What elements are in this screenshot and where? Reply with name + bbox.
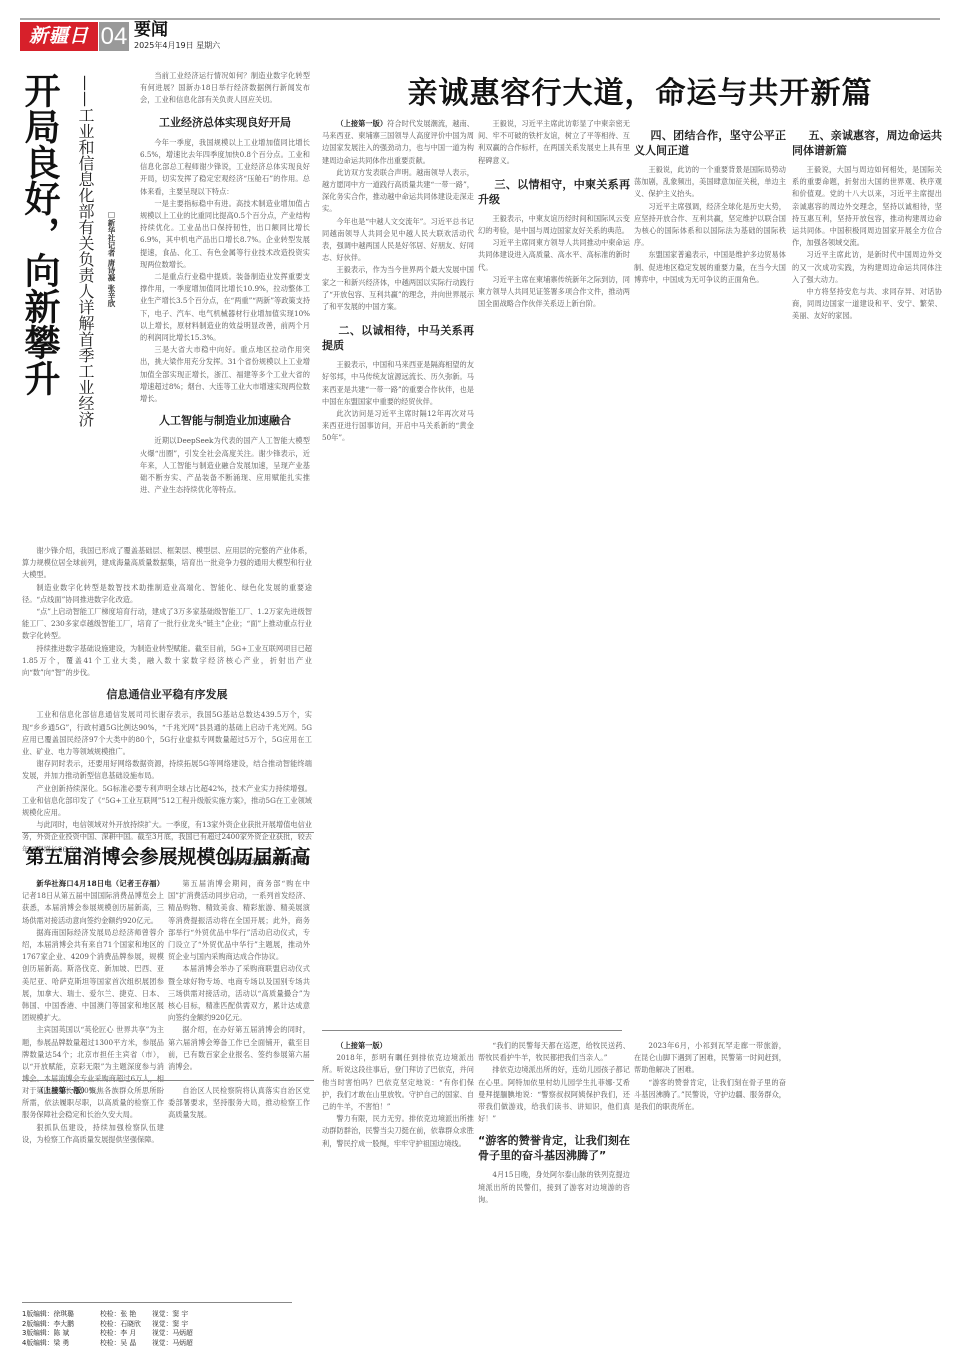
section-title: 要闻	[134, 21, 168, 39]
bottom-left-column-2: 自治区人民检察院将认真落实自治区党委部署要求，坚持服务大局，推动检察工作高质量发…	[168, 1085, 310, 1122]
paragraph: 一是主要指标稳中有进。高技术制造业增加值占规模以上工业的比重同比提高0.5个百分…	[140, 198, 310, 271]
bottom-left-column-1: （上接第一版）聚焦各族群众所思所盼所需，依法履职尽职，以高质量的检察工作服务保障…	[22, 1085, 164, 1146]
paragraph: 此访双方发表联合声明。越南领导人表示，越方愿同中方一道践行高质量共建“一带一路”…	[322, 167, 474, 216]
paragraph: 中方将坚持安危与共、求同存异、对话协商，同周边国家一道建设和平、安宁、繁荣、美丽…	[792, 286, 942, 323]
paragraph: 今年也是“中越人文交流年”。习近平总书记同越南领导人共同会见中越人民大联欢活动代…	[322, 216, 474, 265]
paragraph: 排依克边境派出所的好，连幼儿园孩子都记在心里。阿特加依里村幼儿园学生扎菲娜·艾希…	[478, 1064, 630, 1125]
credit-row: 2版编辑：李大鹏校检：石晓欣视觉：窦 宇	[22, 1320, 302, 1330]
issue-date: 2025年4月19日 星期六	[134, 40, 220, 51]
section-heading: 信息通信业平稳有序发展	[22, 689, 312, 701]
paragraph: 第五届消博会期间，商务部“购在中国”扩消费活动同步启动，一系列首发经济、精品购物…	[168, 878, 310, 963]
paragraph: 习近平主席强调，经济全球化是历史大势，应坚持开放合作、互利共赢，坚定维护以联合国…	[634, 201, 786, 250]
page-number: 04	[99, 22, 129, 51]
paragraph: 狠抓队伍建设，持续加强检察队伍建设，为检察工作高质量发展提供坚强保障。	[22, 1122, 164, 1146]
paragraph: 王毅说，习近平主席此访彰显了中柬亲密无间、牢不可破的铁杆友谊，树立了平等相待、互…	[478, 118, 630, 167]
paragraph: 持续推进数字基础设施建设，为制造业转型赋能。截至目前，5G+工业互联网项目已超1…	[22, 643, 312, 680]
paragraph: 三是大省大市稳中向好。重点地区拉动作用突出，挑大梁作用充分发挥。31个省份规模以…	[140, 344, 310, 405]
continued-marker: （上接第一版）	[336, 1041, 386, 1050]
section-heading: 四、团结合作，坚守公平正义人间正道	[634, 128, 786, 158]
paragraph: 王毅说，此访的一个重要背景是国际局势动荡加剧，乱象频出，美国肆意加征关税，单边主…	[634, 164, 786, 201]
paragraph: 王毅表示，中柬友谊历经时间和国际风云变幻的考验，是中国与周边国家友好关系的典范。	[478, 213, 630, 237]
paragraph: 据介绍，在办好第五届消博会的同时，第六届消博会筹备工作已全面铺开，截至目前，已有…	[168, 1024, 310, 1073]
paragraph: 据海南国际经济发展局总经济师曾蓉介绍，本届消博会共有来自71个国家和地区的176…	[22, 927, 164, 1025]
quote-heading: “游客的赞誉肯定，让我们刻在骨子里的奋斗基因沸腾了”	[478, 1133, 630, 1163]
article-headline-diplomacy: 亲诚惠容行大道，命运与共开新篇	[320, 68, 960, 112]
diplomacy-column-4: 五、亲诚惠容，周边命运共同体谱新篇 王毅说，大国与周边如何相处，是国际关系的重要…	[792, 118, 942, 323]
paragraph: 制造业数字化转型是数智技术助推制造业高端化、智能化、绿色化发展的重要途径。“点线…	[22, 582, 312, 606]
paragraph: 王毅说，大国与周边如何相处，是国际关系的重要命题，折射出大国的世界观、秩序观和价…	[792, 164, 942, 249]
expo-column-1: 新华社海口4月18日电（记者王存福）记者18日从第五届中国国际消费品博览会上获悉…	[22, 878, 164, 1098]
article-byline: □新华社记者 唐诗凝 张辛欣	[106, 210, 117, 307]
industry-column-2: 谢少锋介绍，我国已形成了覆盖基础层、框架层、模型层、应用层的完整的产业体系，算力…	[22, 545, 312, 868]
paragraph: 习近平主席在柬埔寨传统新年之际到访，同柬方领导人共同见证签署多项合作文件，推动两…	[478, 274, 630, 311]
paragraph: 东盟国家普遍表示，中国是维护多边贸易体制、促进地区稳定发展的重要力量，在当今大国…	[634, 249, 786, 286]
continued-marker: （上接第一版）	[336, 119, 387, 128]
paragraph: 2023年6月，小祁到瓦罕走廊一带旅游，在昆仑山脚下遇到了困难，民警第一时间赶到…	[634, 1040, 786, 1077]
diplomacy-column-2: 王毅说，习近平主席此访彰显了中柬亲密无间、牢不可破的铁杆友谊，树立了平等相待、互…	[478, 118, 630, 310]
paragraph: “游客的赞誉肯定，让我们刻在骨子里的奋斗基因沸腾了。”民警说，守护边疆、服务群众…	[634, 1077, 786, 1114]
credit-row: 1版编辑：徐琪璐校检：张 艳视觉：窦 宇	[22, 1310, 302, 1320]
paragraph: 近期以DeepSeek为代表的国产人工智能大模型火爆“出圈”，引发全社会高度关注…	[140, 435, 310, 496]
paragraph: 警力有限，民力无穷。排依克边境派出所推动群防群治，民警当尖刀挺在前，依靠群众求胜…	[322, 1113, 474, 1150]
paragraph: 自治区人民检察院将认真落实自治区党委部署要求，坚持服务大局，推动检察工作高质量发…	[168, 1085, 310, 1122]
border-column-2: “我们的民警每天都在巡逻，给牧民送药、帮牧民看护牛羊，牧民都把我们当亲人。” 排…	[478, 1040, 630, 1206]
section-heading: 工业经济总体实现良好开局	[140, 117, 310, 129]
section-heading: 五、亲诚惠容，周边命运共同体谱新篇	[792, 128, 942, 158]
paragraph: 谢存同时表示，还要用好网络数据资源，持续拓展5G等网络建设，结合推动智能终端发展…	[22, 758, 312, 782]
paragraph: 4月15日晚，身处阿尔泰山脉的铁列克提边境派出所的民警们，接到了游客对边境游的咨…	[478, 1169, 630, 1206]
dateline-lead: 新华社海口4月18日电	[36, 879, 111, 888]
paragraph: 工业和信息化部信息通信发展司司长谢存表示，我国5G基站总数达439.5万个，实现…	[22, 709, 312, 758]
diplomacy-column-1: （上接第一版）符合时代发展潮流，越南、马来西亚、柬埔寨三国领导人高度评价中国为周…	[322, 118, 474, 445]
paragraph: “点”上启动智能工厂梯度培育行动，建成了3万多家基础级智能工厂、1.2万家先进级…	[22, 606, 312, 643]
credit-row: 3版编辑：陈 斌校检：李 月视觉：马炳超	[22, 1329, 302, 1339]
divider	[22, 1302, 292, 1303]
newspaper-logo: 新疆日报	[20, 22, 98, 51]
paragraph: 本届消博会举办了采购商联盟启动仪式暨全球好物专场、电商专场以及国别专场共三场供需…	[168, 963, 310, 1024]
divider	[22, 832, 314, 833]
paragraph: 谢少锋介绍，我国已形成了覆盖基础层、框架层、模型层、应用层的完整的产业体系，算力…	[22, 545, 312, 582]
article-intro: 当前工业经济运行情况如何？制造业数字化转型有何进展？国新办18日举行经济数据例行…	[140, 70, 310, 107]
expo-column-2: 第五届消博会期间，商务部“购在中国”扩消费活动同步启动，一系列首发经济、精品购物…	[168, 878, 310, 1073]
reporter: （记者王存福）	[112, 879, 164, 888]
continued-marker: （上接第一版）	[36, 1086, 89, 1095]
article-headline-industry: 开局良好，向新攀升	[22, 72, 62, 396]
paragraph: 王毅表示，中国和马来西亚是隔海相望的友好邻邦，中马传统友谊源远流长、历久弥新。马…	[322, 359, 474, 408]
diplomacy-column-3: 四、团结合作，坚守公平正义人间正道 王毅说，此访的一个重要背景是国际局势动荡加剧…	[634, 118, 786, 286]
paragraph: 产业创新持续深化。5G标准必要专利声明全球占比超42%，技术产业实力持续增强。工…	[22, 783, 312, 820]
paragraph: “我们的民警每天都在巡逻，给牧民送药、帮牧民看护牛羊，牧民都把我们当亲人。”	[478, 1040, 630, 1064]
divider	[322, 1030, 622, 1031]
paragraph: 习近平主席此访，是新时代中国周边外交的又一次成功实践，为构建周边命运共同体注入了…	[792, 249, 942, 286]
masthead: 新疆日报 04 要闻 2025年4月19日 星期六	[20, 18, 940, 54]
industry-column-1: 当前工业经济运行情况如何？制造业数字化转型有何进展？国新办18日举行经济数据例行…	[140, 70, 310, 497]
section-heading: 三、以情相守，中柬关系再升级	[478, 177, 630, 207]
paragraph: 此次访问是习近平主席时隔12年再次对马来西亚进行国事访问，开启中马关系新的“黄金…	[322, 408, 474, 445]
paragraph: 2018年，彭明有瞩任到排依克边境派出所。听说这段往事后，登门拜访了巴依克，并问…	[322, 1052, 474, 1113]
credit-row: 4版编辑：梁 勇校检：吴 晶视觉：马炳超	[22, 1339, 302, 1349]
border-column-3: 2023年6月，小祁到瓦罕走廊一带旅游，在昆仑山脚下遇到了困难，民警第一时间赶到…	[634, 1040, 786, 1113]
article-subheadline-industry: ——工业和信息化部有关负责人详解首季工业经济	[72, 75, 96, 427]
paragraph: 习近平主席同柬方领导人共同推动中柬命运共同体建设进入高质量、高水平、高标准的新时…	[478, 237, 630, 274]
paragraph: 今年一季度，我国规模以上工业增加值同比增长6.5%，增速比去年四季度加快0.8个…	[140, 137, 310, 198]
section-heading: 人工智能与制造业加速融合	[140, 415, 310, 427]
divider	[22, 1080, 314, 1081]
section-heading: 二、以诚相待，中马关系再提质	[322, 323, 474, 353]
paragraph: 二是重点行业稳中提质。装备制造业发挥重要支撑作用，一季度增加值同比增长10.9%…	[140, 271, 310, 344]
border-column-1: （上接第一版） 2018年，彭明有瞩任到排依克边境派出所。听说这段往事后，登门拜…	[322, 1040, 474, 1150]
paragraph: 记者18日从第五届中国国际消费品博览会上获悉，本届消博会参展规模创历届新高，三场…	[22, 891, 164, 924]
editor-credits: 1版编辑：徐琪璐校检：张 艳视觉：窦 宇 2版编辑：李大鹏校检：石晓欣视觉：窦 …	[22, 1310, 302, 1348]
article-headline-expo: 第五届消博会参展规模创历届新高	[22, 842, 314, 869]
paragraph: 王毅表示，作为当今世界两个最大发展中国家之一和新兴经济体，中越两国以实际行动践行…	[322, 264, 474, 313]
